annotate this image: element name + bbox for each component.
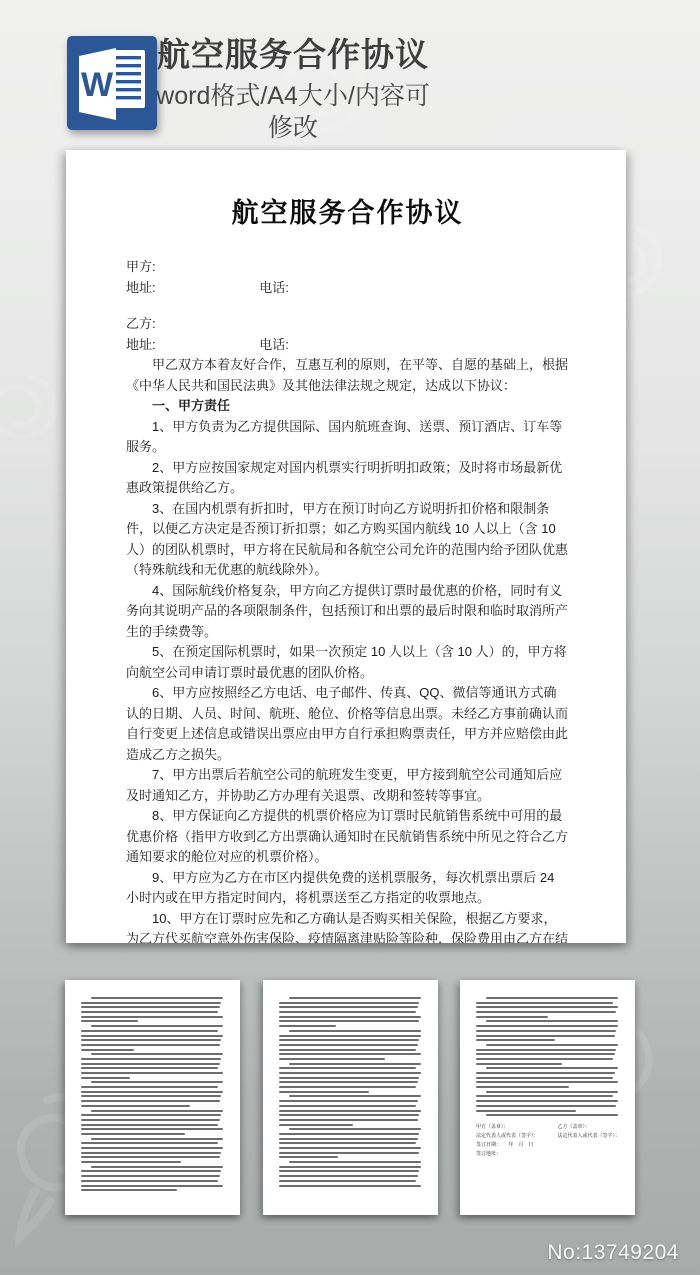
thumbnail-text-line [279, 1011, 416, 1013]
thumbnail-text-line [91, 1138, 223, 1140]
thumbnail-text-line [279, 1152, 419, 1154]
thumbnail-text-line [289, 1161, 421, 1163]
thumbnail-text-line [279, 1077, 419, 1079]
thumbnail-text-line [91, 1081, 223, 1083]
thumbnail-text-block [279, 997, 422, 1187]
thumbnail-text-line [279, 1044, 418, 1046]
thumbnail-text-line [81, 1095, 221, 1097]
thumbnail-text-line [279, 1067, 416, 1069]
thumbnail-text-line [279, 1124, 353, 1126]
thumbnail-text-line [81, 1142, 218, 1144]
sig-empty [558, 1141, 619, 1150]
contract-intro: 甲乙双方本着友好合作，互惠互利的原则，在平等、自愿的基础上，根据《中华人民共和国… [126, 355, 569, 396]
party-b-address-label: 地址: [126, 337, 156, 352]
thumbnail-text-line [279, 1039, 419, 1041]
thumbnail-text-line [81, 1156, 220, 1158]
thumbnail-text-line [279, 1053, 421, 1055]
thumbnail-text-line [476, 1049, 616, 1051]
thumbnail-text-line [476, 1095, 613, 1097]
thumbnail-text-line [476, 1006, 618, 1008]
thumbnail-text-line [279, 1006, 418, 1008]
thumbnail-text-line [476, 1081, 618, 1083]
contract-clause: 4、国际航线价格复杂，甲方向乙方提供订票时最优惠的价格，同时有义务向其说明产品的… [126, 581, 569, 643]
thumbnail-text-line [486, 1114, 618, 1116]
thumbnail-text-line [486, 997, 618, 999]
thumbnail-text-line [81, 1086, 218, 1088]
party-b-phone-label: 电话: [259, 337, 289, 352]
party-b-seal-line: 乙方（盖章）： [558, 1123, 619, 1132]
word-icon-letter: W [81, 66, 114, 104]
thumbnail-text-line [289, 1095, 421, 1097]
thumbnail-text-line [279, 1016, 421, 1018]
thumbnail-text-line [279, 1110, 421, 1112]
thumbnail-text-line [81, 1077, 130, 1079]
template-format-subtitle: word格式/A4大小/内容可修改 [146, 80, 440, 144]
sign-date-line: 签订日期： 年 月 日 [476, 1141, 558, 1150]
thumbnail-text-line [279, 1133, 419, 1135]
thumbnail-text-block [81, 997, 224, 1191]
thumbnail-text-line [91, 1025, 223, 1027]
thumbnail-text-line [486, 1020, 618, 1022]
thumbnail-text-line [81, 1105, 190, 1107]
thumbnail-text-line [476, 1058, 613, 1060]
thumbnail-text-line [279, 1049, 416, 1051]
contract-clause: 10、甲方在订票时应先和乙方确认是否购买相关保险，根据乙方要求，为乙方代买航空意… [126, 909, 569, 944]
thumbnail-text-line [279, 1138, 418, 1140]
thumbnail-text-line [476, 1105, 616, 1107]
thumbnail-text-line [81, 1002, 221, 1004]
party-a-name-line: 甲方: [126, 257, 569, 278]
thumbnail-text-line [279, 1002, 419, 1004]
thumbnail-text-line [81, 1035, 223, 1037]
thumbnail-text-line [476, 1011, 616, 1013]
thumbnail-text-line [279, 1081, 418, 1083]
thumbnail-text-line [279, 1025, 336, 1027]
party-a-seal-line: 甲方（盖章）： [476, 1123, 558, 1132]
thumbnail-text-line [279, 1091, 369, 1093]
thumbnail-text-line [81, 1058, 221, 1060]
thumbnail-text-line [476, 1016, 548, 1018]
thumbnail-text-line [476, 1035, 615, 1037]
thumbnail-text-line [91, 997, 223, 999]
page-thumbnail-4: 甲方（盖章）： 乙方（盖章）： 法定代表人或代表（签字）： 法定代表人或代表（签… [460, 980, 635, 1215]
thumbnail-text-line [279, 1180, 416, 1182]
thumbnail-text-line [81, 1147, 223, 1149]
thumbnail-text-line [81, 1091, 223, 1093]
thumbnail-text-line [289, 1030, 421, 1032]
thumbnail-text-line [279, 1175, 418, 1177]
thumbnail-text-line [81, 1133, 185, 1135]
thumbnail-text-line [279, 1058, 385, 1060]
thumbnail-text-line [279, 1142, 416, 1144]
thumbnail-text-line [81, 1170, 221, 1172]
thumbnail-text-line [81, 1152, 221, 1154]
party-a-sign-line: 法定代表人或代表（签字）： [476, 1132, 558, 1141]
contract-clause: 2、甲方应按国家规定对国内机票实行明折明扣政策；及时将市场最新优惠政策提供给乙方… [126, 458, 569, 499]
thumbnail-text-line [279, 1119, 418, 1121]
thumbnail-text-line [81, 1020, 138, 1022]
thumbnail-text-line [476, 1072, 615, 1074]
serial-number: No:13749204 [547, 1241, 679, 1265]
thumbnail-text-line [476, 1100, 618, 1102]
contract-clause: 5、在预定国际机票时，如果一次预定 10 人以上（含 10 人）的，甲方将向航空… [126, 642, 569, 683]
thumbnail-text-line [81, 1128, 223, 1130]
thumbnail-text-line [279, 1166, 421, 1168]
contract-clause: 8、甲方保证向乙方提供的机票价格应为订票时民航销售系统中可用的最优惠价格（指甲方… [126, 806, 569, 868]
thumbnail-text-line [81, 1011, 218, 1013]
party-b-sign-line: 法定代表人或代表（签字）： [558, 1132, 619, 1141]
contract-clause: 6、甲方应按照经乙方电话、电子邮件、传真、QQ、微信等通讯方式确认的日期、人员、… [126, 683, 569, 765]
thumbnail-text-line [289, 1128, 421, 1130]
party-a-label: 甲方: [126, 259, 156, 274]
thumbnail-text-line [81, 1016, 223, 1018]
thumbnail-text-line [486, 1067, 618, 1069]
thumbnail-text-line [476, 1063, 562, 1065]
thumbnail-text-line [279, 1072, 421, 1074]
thumbnail-text-line [279, 1086, 416, 1088]
spacer [126, 298, 569, 314]
thumbnail-text-line [279, 1156, 338, 1158]
contract-clause: 9、甲方应为乙方在市区内提供免费的送机票服务，每次机票出票后 24 小时内或在甲… [126, 868, 569, 909]
party-b-contact-line: 地址: 电话: [126, 335, 569, 356]
signature-block: 甲方（盖章）： 乙方（盖章）： 法定代表人或代表（签字）： 法定代表人或代表（签… [476, 1123, 619, 1159]
thumbnail-text-line [81, 1189, 177, 1191]
thumbnail-text-line [279, 1147, 421, 1149]
thumbnail-text-line [81, 1114, 221, 1116]
page-thumbnail-2 [65, 980, 240, 1215]
thumbnail-text-line [81, 1072, 223, 1074]
thumbnail-text-line [81, 1039, 221, 1041]
preview-header: W 航空服务合作协议 word格式/A4大小/内容可修改 [0, 0, 700, 148]
contract-title: 航空服务合作协议 [126, 196, 569, 230]
thumbnail-text-line [81, 1175, 220, 1177]
thumbnail-text-line [476, 1030, 616, 1032]
thumbnail-text-line [486, 1044, 618, 1046]
thumbnail-text-line [81, 1119, 220, 1121]
section-1-heading: 一、甲方责任 [126, 396, 569, 417]
thumbnail-text-line [81, 1044, 220, 1046]
thumbnail-text-line [476, 1002, 613, 1004]
thumbnail-text-line [91, 1166, 223, 1168]
thumbnail-text-block [476, 997, 619, 1116]
thumbnail-text-line [81, 1006, 220, 1008]
thumbnail-text-line [279, 1100, 418, 1102]
thumbnail-text-line [476, 1110, 576, 1112]
page-thumbnail-3 [263, 980, 438, 1215]
party-a-address-label: 地址: [126, 280, 156, 295]
thumbnail-text-line [279, 1105, 416, 1107]
thumbnail-text-line [486, 1091, 618, 1093]
thumbnail-text-line [476, 1077, 613, 1079]
template-title: 航空服务合作协议 [146, 34, 440, 76]
thumbnail-text-line [289, 1063, 421, 1065]
thumbnail-text-line [279, 1170, 419, 1172]
thumbnail-text-line [279, 1035, 421, 1037]
party-a-contact-line: 地址: 电话: [126, 278, 569, 299]
thumbnail-text-line [476, 1086, 569, 1088]
party-b-label: 乙方: [126, 316, 156, 331]
contract-clause: 1、甲方负责为乙方提供国际、国内航班查询、送票、预订酒店、订车等服务。 [126, 417, 569, 458]
thumbnail-text-line [81, 1100, 220, 1102]
contract-clause: 3、在国内机票有折扣时，甲方在预订时向乙方说明折扣价格和限制条件，以便乙方决定是… [126, 499, 569, 581]
template-preview-page: { "header": { "icon_letter": "W", "title… [0, 0, 700, 1275]
contract-clause: 7、甲方出票后若航空公司的航班发生变更，甲方接到航空公司通知后应及时通知乙方，并… [126, 765, 569, 806]
party-a-phone-label: 电话: [259, 280, 289, 295]
document-page-preview: 航空服务合作协议 甲方: 地址: 电话: 乙方: 地址: 电话: 甲乙双方本着友… [66, 150, 626, 943]
thumbnail-text-line [81, 1067, 218, 1069]
thumbnail-text-line [81, 1185, 223, 1187]
thumbnail-text-line [81, 1161, 181, 1163]
thumbnail-text-line [279, 1185, 421, 1187]
thumbnail-text-line [279, 1020, 419, 1022]
thumbnail-text-line [476, 1039, 555, 1041]
party-b-name-line: 乙方: [126, 314, 569, 335]
thumbnail-text-line [81, 1180, 218, 1182]
thumbnail-text-line [91, 1110, 223, 1112]
sign-place-line: 签订地址： [476, 1150, 558, 1159]
thumbnail-text-line [81, 1063, 220, 1065]
thumbnail-text-line [81, 1049, 134, 1051]
thumbnail-text-line [476, 1025, 618, 1027]
thumbnail-text-line [279, 1114, 419, 1116]
thumbnail-text-line [289, 997, 421, 999]
thumbnail-text-line [81, 1124, 218, 1126]
clause-list: 1、甲方负责为乙方提供国际、国内航班查询、送票、预订酒店、订车等服务。2、甲方应… [126, 417, 569, 944]
thumbnail-text-line [91, 1053, 223, 1055]
thumbnail-text-line [81, 1030, 218, 1032]
thumbnail-text-line [476, 1053, 615, 1055]
